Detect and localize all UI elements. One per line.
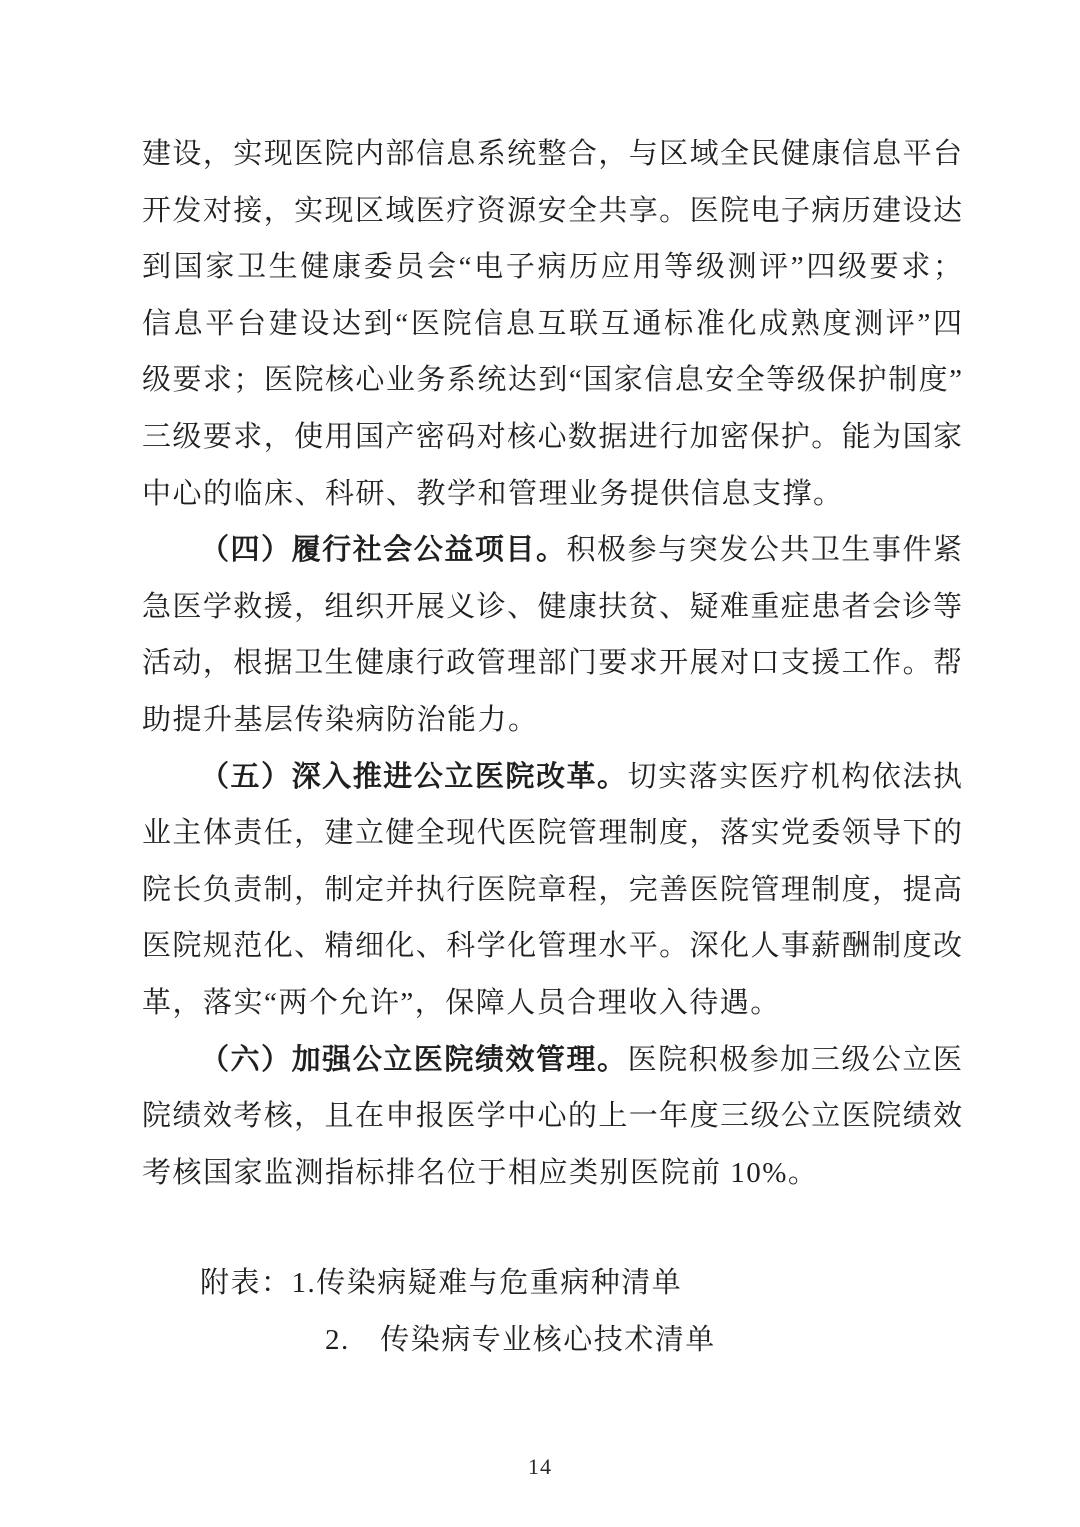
text-line: 院长负责制，制定并执行医院章程，完善医院管理制度，提高 xyxy=(142,862,962,919)
body-text: 医院规范化、精细化、科学化管理水平。深化人事薪酬制度改 xyxy=(142,930,962,962)
paragraph-5-hospital-reform: （五）深入推进公立医院改革。切实落实医疗机构依法执业主体责任，建立健全现代医院管… xyxy=(142,749,962,1032)
section-heading-text: （四）履行社会公益项目。 xyxy=(200,534,567,566)
body-text: 中心的临床、科研、教学和管理业务提供信息支撑。 xyxy=(142,478,844,510)
paragraph-6-performance-management: （六）加强公立医院绩效管理。医院积极参加三级公立医院绩效考核，且在申报医学中心的… xyxy=(142,1032,962,1202)
text-line: 三级要求，使用国产密码对核心数据进行加密保护。能为国家 xyxy=(142,409,962,466)
body-text: 到国家卫生健康委员会“电子病历应用等级测评”四级要求； xyxy=(142,251,962,283)
document-body: 建设，实现医院内部信息系统整合，与区域全民健康信息平台开发对接，实现区域医疗资源… xyxy=(142,126,962,1368)
text-line: 开发对接，实现区域医疗资源安全共享。医院电子病历建设达 xyxy=(142,183,962,240)
document-page: 建设，实现医院内部信息系统整合，与区域全民健康信息平台开发对接，实现区域医疗资源… xyxy=(0,0,1080,1527)
text-line: （六）加强公立医院绩效管理。医院积极参加三级公立医 xyxy=(142,1032,962,1089)
text-line: 考核国家监测指标排名位于相应类别医院前 10%。 xyxy=(142,1145,962,1202)
body-text: 建设，实现医院内部信息系统整合，与区域全民健康信息平台 xyxy=(142,138,962,170)
text-line: 级要求；医院核心业务系统达到“国家信息安全等级保护制度” xyxy=(142,352,962,409)
body-text: 助提升基层传染病防治能力。 xyxy=(142,704,539,736)
attachment-item-2: 2. 传染病专业核心技术清单 xyxy=(142,1312,962,1369)
body-text: 三级要求，使用国产密码对核心数据进行加密保护。能为国家 xyxy=(142,421,962,453)
text-line: 院绩效考核，且在申报医学中心的上一年度三级公立医院绩效 xyxy=(142,1088,962,1145)
text-line: 中心的临床、科研、教学和管理业务提供信息支撑。 xyxy=(142,466,962,523)
text-line: 革，落实“两个允许”，保障人员合理收入待遇。 xyxy=(142,975,962,1032)
body-text: 信息平台建设达到“医院信息互联互通标准化成熟度测评”四 xyxy=(142,308,962,340)
text-line: 助提升基层传染病防治能力。 xyxy=(142,692,962,749)
body-text: 活动，根据卫生健康行政管理部门要求开展对口支援工作。帮 xyxy=(142,647,962,679)
text-line: 急医学救援，组织开展义诊、健康扶贫、疑难重症患者会诊等 xyxy=(142,579,962,636)
body-text: 开发对接，实现区域医疗资源安全共享。医院电子病历建设达 xyxy=(142,195,962,227)
paragraph-information-system: 建设，实现医院内部信息系统整合，与区域全民健康信息平台开发对接，实现区域医疗资源… xyxy=(142,126,962,522)
text-line: 建设，实现医院内部信息系统整合，与区域全民健康信息平台 xyxy=(142,126,962,183)
body-text: 急医学救援，组织开展义诊、健康扶贫、疑难重症患者会诊等 xyxy=(142,591,962,623)
paragraph-4-social-welfare: （四）履行社会公益项目。积极参与突发公共卫生事件紧急医学救援，组织开展义诊、健康… xyxy=(142,522,962,748)
body-text: 院长负责制，制定并执行医院章程，完善医院管理制度，提高 xyxy=(142,874,962,906)
text-line: 医院规范化、精细化、科学化管理水平。深化人事薪酬制度改 xyxy=(142,918,962,975)
text-line: 到国家卫生健康委员会“电子病历应用等级测评”四级要求； xyxy=(142,239,962,296)
body-text: 考核国家监测指标排名位于相应类别医院前 10%。 xyxy=(142,1157,818,1189)
body-text: 院绩效考核，且在申报医学中心的上一年度三级公立医院绩效 xyxy=(142,1100,962,1132)
body-text: 业主体责任，建立健全现代医院管理制度，落实党委领导下的 xyxy=(142,817,962,849)
body-text: 革，落实“两个允许”，保障人员合理收入待遇。 xyxy=(142,987,781,1019)
text-line: （五）深入推进公立医院改革。切实落实医疗机构依法执 xyxy=(142,749,962,806)
body-text: 医院积极参加三级公立医 xyxy=(628,1044,962,1076)
body-text: 切实落实医疗机构依法执 xyxy=(628,761,962,793)
text-line: （四）履行社会公益项目。积极参与突发公共卫生事件紧 xyxy=(142,522,962,579)
text-line: 业主体责任，建立健全现代医院管理制度，落实党委领导下的 xyxy=(142,805,962,862)
page-number: 14 xyxy=(0,1452,1080,1482)
body-text: 级要求；医院核心业务系统达到“国家信息安全等级保护制度” xyxy=(142,364,962,396)
section-heading-text: （五）深入推进公立医院改革。 xyxy=(200,761,628,793)
section-heading-text: （六）加强公立医院绩效管理。 xyxy=(200,1044,628,1076)
attachment-item-1: 附表：1.传染病疑难与危重病种清单 xyxy=(142,1255,962,1312)
text-line: 活动，根据卫生健康行政管理部门要求开展对口支援工作。帮 xyxy=(142,635,962,692)
attachment-list: 附表：1.传染病疑难与危重病种清单 2. 传染病专业核心技术清单 xyxy=(142,1255,962,1368)
text-line: 信息平台建设达到“医院信息互联互通标准化成熟度测评”四 xyxy=(142,296,962,353)
body-text: 积极参与突发公共卫生事件紧 xyxy=(567,534,963,566)
